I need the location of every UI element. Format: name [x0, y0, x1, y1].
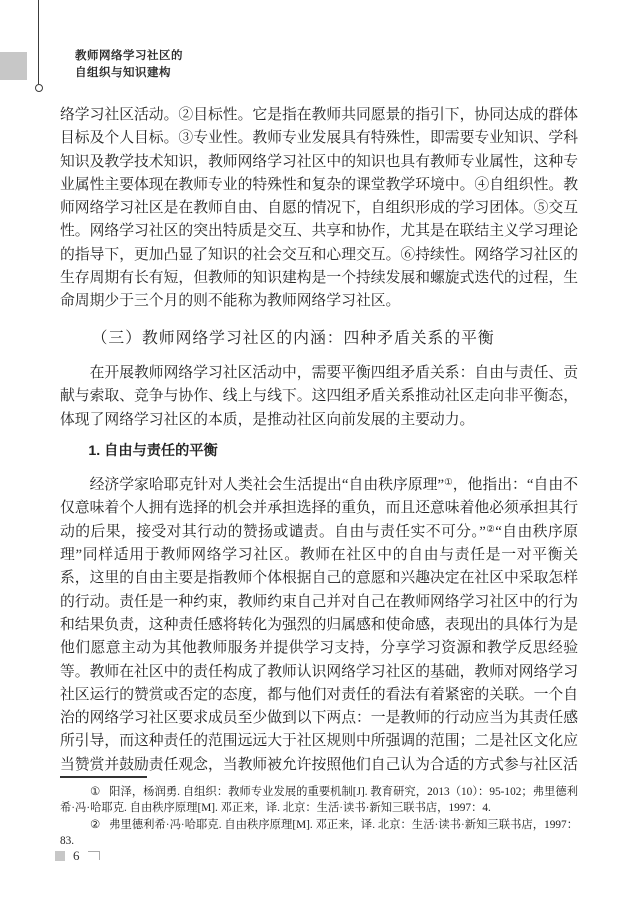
paragraph-text: “自由秩序原理”同样适用于教师网络学习社区。教师在社区中的自由与责任是一对平衡关…: [60, 524, 578, 773]
footnote-reference: ②: [486, 525, 495, 535]
footnote: ①阳泽，杨润勇. 自组织：教师专业发展的重要机制[J]. 教育研究，2013（1…: [60, 784, 578, 817]
footnote-marker: ②: [90, 819, 100, 831]
footnote-text: 弗里德利希·冯·哈耶克. 自由秩序原理[M]. 邓正来，译. 北京：生活·读书·…: [60, 819, 578, 847]
footnote: ②弗里德利希·冯·哈耶克. 自由秩序原理[M]. 邓正来，译. 北京：生活·读书…: [60, 817, 578, 850]
text-block: 络学习社区活动。②目标性。它是指在教师共同愿景的指引下，协同达成的群体目标及个人…: [60, 104, 578, 777]
edge-tab-marker: [0, 52, 27, 80]
footer-square-marker: [55, 851, 65, 861]
paragraph-continuation: 络学习社区活动。②目标性。它是指在教师共同愿景的指引下，协同达成的群体目标及个人…: [60, 104, 578, 314]
subsection-heading: 1. 自由与责任的平衡: [60, 440, 578, 463]
running-head: 教师网络学习社区的 自组织与知识建构: [75, 48, 183, 82]
footnote-marker: ①: [90, 786, 100, 798]
running-head-line1: 教师网络学习社区的: [75, 48, 183, 65]
header-rule-circle-icon: [35, 84, 43, 92]
section-heading: （三）教师网络学习社区的内涵：四种矛盾关系的平衡: [60, 327, 578, 350]
footnote-separator: [60, 776, 147, 778]
running-head-line2: 自组织与知识建构: [75, 65, 183, 82]
footer-corner-mark-icon: [88, 851, 100, 860]
paragraph: 经济学家哈耶克针对人类社会生活提出“自由秩序原理”①，他指出：“自由不仅意味着个…: [60, 474, 578, 777]
paragraph-text: 经济学家哈耶克针对人类社会生活提出“自由秩序原理”: [90, 477, 445, 493]
paragraph: 在开展教师网络学习社区活动中，需要平衡四组矛盾关系：自由与责任、贡献与索取、竞争…: [60, 362, 578, 432]
footnote-text: 阳泽，杨润勇. 自组织：教师专业发展的重要机制[J]. 教育研究，2013（10…: [60, 786, 578, 814]
header-rule-line: [38, 0, 39, 84]
footnote-reference: ①: [444, 478, 453, 488]
book-page: 教师网络学习社区的 自组织与知识建构 络学习社区活动。②目标性。它是指在教师共同…: [0, 0, 638, 903]
footnotes-area: ①阳泽，杨润勇. 自组织：教师专业发展的重要机制[J]. 教育研究，2013（1…: [60, 776, 578, 849]
page-footer: 6: [55, 848, 100, 864]
page-number: 6: [73, 848, 80, 864]
